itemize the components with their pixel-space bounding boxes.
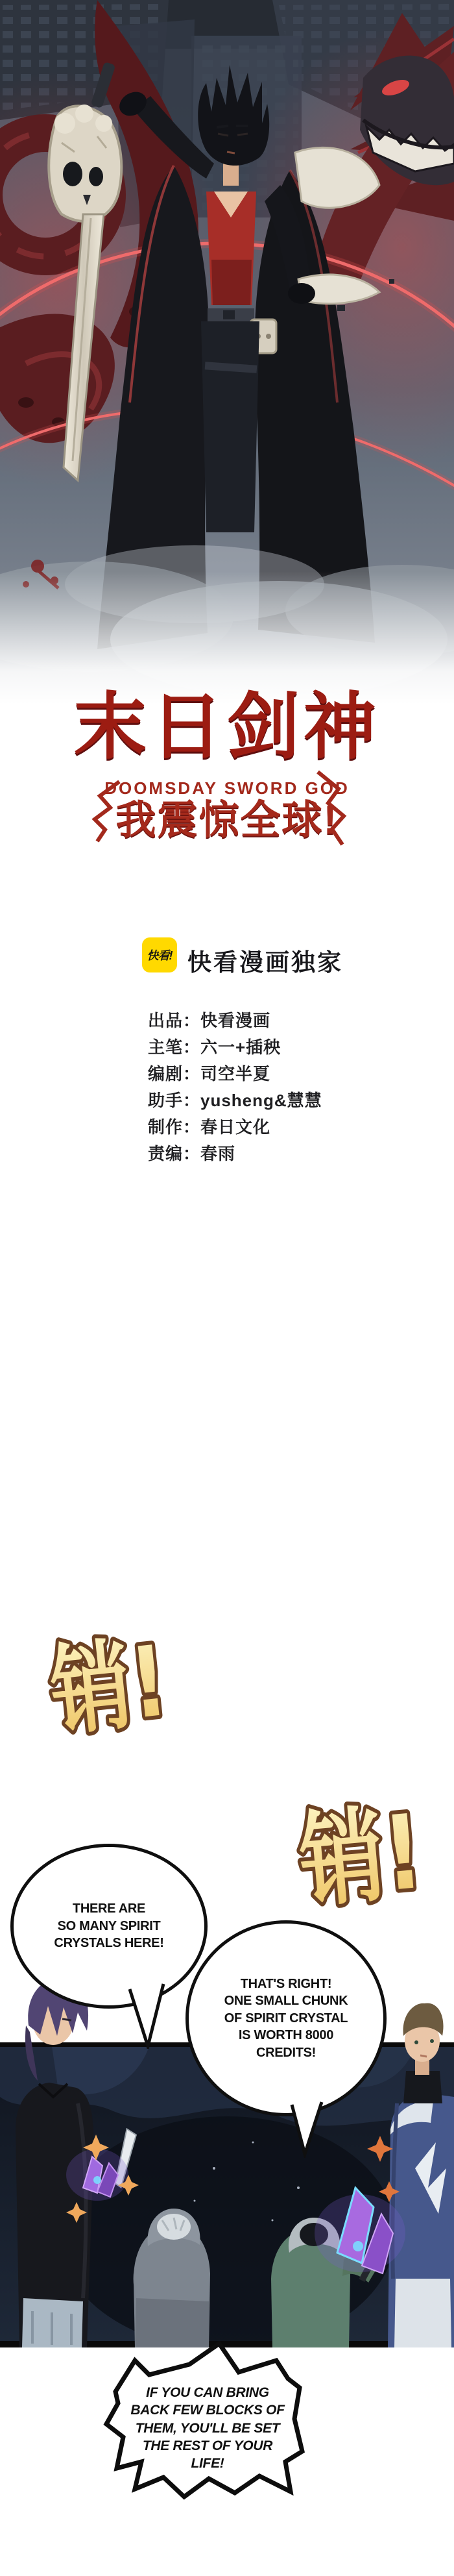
kuaikan-logo-badge: 快看! (142, 937, 177, 972)
speech-bubble-1-text: THERE ARE SO MANY SPIRIT CRYSTALS HERE! (54, 1900, 163, 1952)
white-fade (0, 571, 454, 704)
crack-decoration-left (91, 779, 123, 844)
credit-line: 制作：春日文化 (148, 1114, 322, 1141)
publisher-exclusive-label: 快看漫画独家 (187, 943, 343, 978)
credit-line: 责编：春雨 (148, 1141, 322, 1167)
main-title: 末日剑神 (0, 687, 454, 767)
english-subtitle: DOOMSDAY SWORD GOD (0, 778, 454, 799)
tagline: 我震惊全球! (0, 799, 454, 843)
sfx-clang-1: 销! (38, 1596, 202, 1770)
credit-line: 主笔：六一+插秧 (148, 1034, 322, 1061)
speech-bubble-2: THAT'S RIGHT! ONE SMALL CHUNK OF SPIRIT … (185, 1920, 387, 2116)
speech-bubble-1-tail (128, 1981, 166, 2049)
webtoon-page: 末日剑神 DOOMSDAY SWORD GOD 我震惊全球! 快看! 快看漫画独… (0, 0, 454, 2576)
shout-bubble-text: IF YOU CAN BRING BACK FEW BLOCKS OF THEM… (123, 2384, 292, 2472)
credits-list: 出品：快看漫画 主笔：六一+插秧 编剧：司空半夏 助手：yusheng&慧慧 制… (148, 1008, 322, 1167)
credit-line: 出品：快看漫画 (148, 1008, 322, 1034)
crack-decoration-right (313, 769, 348, 847)
glove-right (288, 283, 315, 304)
credit-line: 助手：yusheng&慧慧 (148, 1087, 322, 1114)
sfx-text-1: 销! (45, 1625, 173, 1750)
speech-bubble-2-tail (289, 2101, 324, 2158)
kuaikan-logo-text: 快看! (147, 947, 173, 963)
cover-art (0, 0, 454, 704)
sfx-text-2: 销! (295, 1792, 427, 1922)
speech-bubble-2-text: THAT'S RIGHT! ONE SMALL CHUNK OF SPIRIT … (224, 1975, 348, 2062)
sfx-clang-2: 销! (286, 1763, 454, 1941)
speech-bubble-1: THERE ARE SO MANY SPIRIT CRYSTALS HERE! (10, 1844, 208, 2009)
credit-line: 编剧：司空半夏 (148, 1061, 322, 1087)
